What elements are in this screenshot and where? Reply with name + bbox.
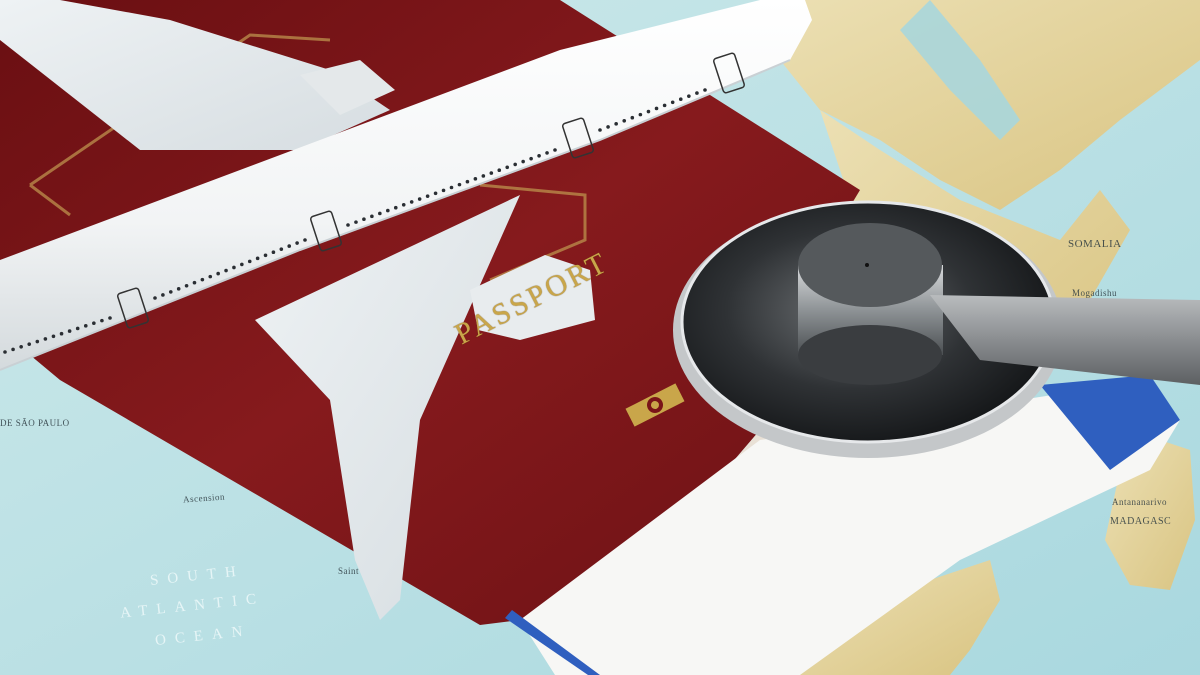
map-label-madagascar: MADAGASC — [1110, 516, 1171, 527]
stethoscope-stem-top — [798, 223, 942, 307]
map-label-somalia: SOMALIA — [1068, 238, 1122, 250]
map-label-saint-helena: Saint — [338, 566, 359, 576]
map-label-mogadishu: Mogadishu — [1072, 288, 1117, 298]
map-label-sao-paulo: DE SÃO PAULO — [0, 418, 70, 428]
photo-scene: DE SÃO PAULO Ascension Saint SOMALIA Mog… — [0, 0, 1200, 675]
map-label-antananarivo: Antananarivo — [1112, 497, 1167, 507]
